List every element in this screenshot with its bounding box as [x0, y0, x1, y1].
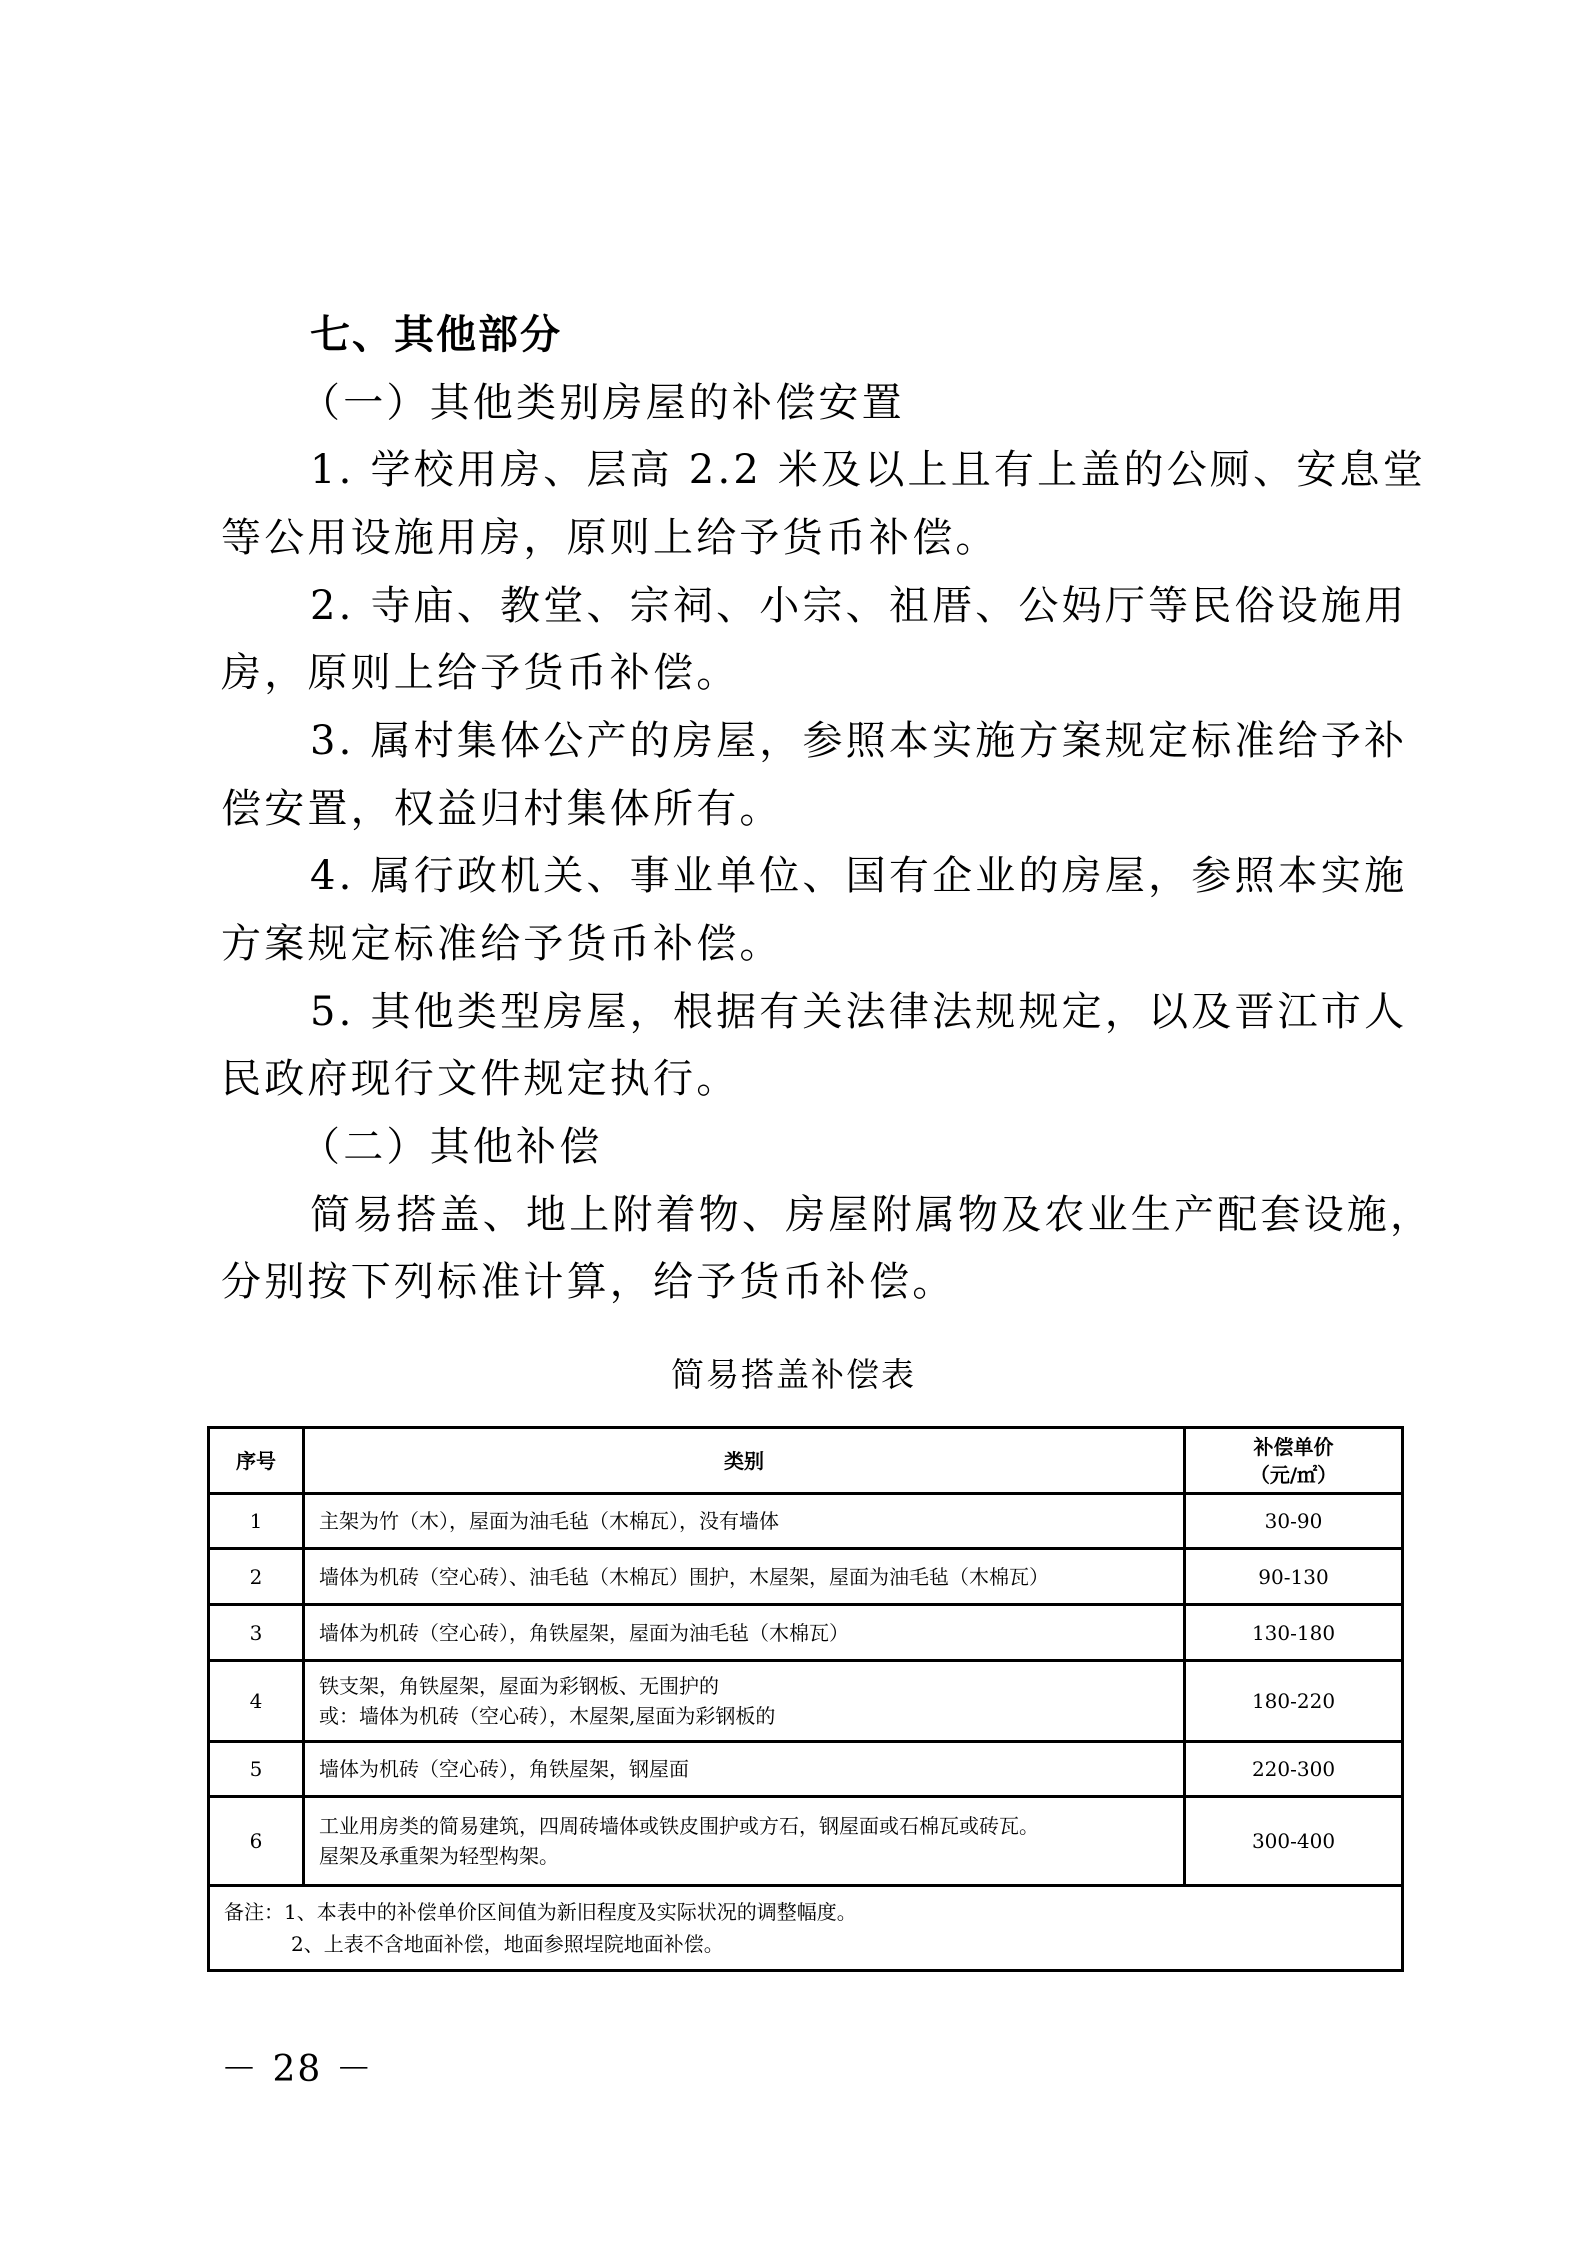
row-price: 90-130	[1185, 1549, 1403, 1605]
row-no: 2	[209, 1549, 304, 1605]
note-line-1: 备注：1、本表中的补偿单价区间值为新旧程度及实际状况的调整幅度。	[224, 1896, 1401, 1928]
header-price-line-2: （元/㎡）	[1186, 1461, 1401, 1489]
row-desc: 工业用房类的简易建筑，四周砖墙体或铁皮围护或方石，钢屋面或石棉瓦或砖瓦。 屋架及…	[304, 1797, 1185, 1886]
row-price: 180-220	[1185, 1661, 1403, 1742]
document-page: 七、其他部分 （一）其他类别房屋的补偿安置 1. 学校用房、层高 2.2 米及以…	[0, 0, 1587, 2245]
header-price-line-1: 补偿单价	[1186, 1433, 1401, 1461]
row-desc: 墙体为机砖（空心砖）、油毛毡（木棉瓦）围护，木屋架，屋面为油毛毡（木棉瓦）	[304, 1549, 1185, 1605]
item-5-line-2: 民政府现行文件规定执行。	[221, 1054, 1391, 1104]
page-number: － 28 －	[221, 2050, 374, 2090]
table-row: 4 铁支架，角铁屋架，屋面为彩钢板、无围护的 或：墙体为机砖（空心砖），木屋架,…	[209, 1661, 1403, 1742]
compensation-table: 序号 类别 补偿单价 （元/㎡） 1 主架为竹（木），屋面为油毛毡（木棉瓦），没…	[207, 1426, 1404, 1972]
row-price: 130-180	[1185, 1605, 1403, 1661]
header-price: 补偿单价 （元/㎡）	[1185, 1428, 1403, 1494]
row-desc: 墙体为机砖（空心砖），角铁屋架，屋面为油毛毡（木棉瓦）	[304, 1605, 1185, 1661]
table-row: 1 主架为竹（木），屋面为油毛毡（木棉瓦），没有墙体 30-90	[209, 1494, 1403, 1549]
table-notes: 备注：1、本表中的补偿单价区间值为新旧程度及实际状况的调整幅度。 2、上表不含地…	[209, 1886, 1403, 1971]
row-no: 1	[209, 1494, 304, 1549]
table-row: 5 墙体为机砖（空心砖），角铁屋架，钢屋面 220-300	[209, 1742, 1403, 1797]
item-1-line-1: 1. 学校用房、层高 2.2 米及以上且有上盖的公厕、安息堂	[310, 445, 1391, 495]
row-no: 3	[209, 1605, 304, 1661]
subsection-1-title: （一）其他类别房屋的补偿安置	[300, 378, 1381, 428]
item-2-line-2: 房，原则上给予货币补偿。	[221, 648, 1391, 698]
table-header-row: 序号 类别 补偿单价 （元/㎡）	[209, 1428, 1403, 1494]
row-desc-line: 或：墙体为机砖（空心砖），木屋架,屋面为彩钢板的	[319, 1701, 1183, 1731]
row-desc-line: 墙体为机砖（空心砖），角铁屋架，屋面为油毛毡（木棉瓦）	[319, 1618, 1183, 1648]
item-1-line-2: 等公用设施用房，原则上给予货币补偿。	[221, 513, 1391, 563]
header-no: 序号	[209, 1428, 304, 1494]
item-3-line-2: 偿安置，权益归村集体所有。	[221, 784, 1391, 834]
row-desc: 墙体为机砖（空心砖），角铁屋架，钢屋面	[304, 1742, 1185, 1797]
row-desc-line: 墙体为机砖（空心砖）、油毛毡（木棉瓦）围护，木屋架，屋面为油毛毡（木棉瓦）	[319, 1562, 1183, 1592]
row-price: 300-400	[1185, 1797, 1403, 1886]
row-desc-line: 铁支架，角铁屋架，屋面为彩钢板、无围护的	[319, 1671, 1183, 1701]
row-no: 4	[209, 1661, 304, 1742]
row-desc-line: 主架为竹（木），屋面为油毛毡（木棉瓦），没有墙体	[319, 1506, 1183, 1536]
table-row: 2 墙体为机砖（空心砖）、油毛毡（木棉瓦）围护，木屋架，屋面为油毛毡（木棉瓦） …	[209, 1549, 1403, 1605]
item-3-line-1: 3. 属村集体公产的房屋，参照本实施方案规定标准给予补	[310, 716, 1391, 766]
row-price: 220-300	[1185, 1742, 1403, 1797]
table-caption: 简易搭盖补偿表	[0, 1353, 1587, 1397]
section-heading: 七、其他部分	[310, 310, 1391, 360]
table-row: 6 工业用房类的简易建筑，四周砖墙体或铁皮围护或方石，钢屋面或石棉瓦或砖瓦。 屋…	[209, 1797, 1403, 1886]
note-line-2: 2、上表不含地面补偿，地面参照埕院地面补偿。	[224, 1928, 1401, 1960]
paragraph-line-2: 分别按下列标准计算，给予货币补偿。	[221, 1257, 1391, 1307]
header-category: 类别	[304, 1428, 1185, 1494]
row-desc-line: 墙体为机砖（空心砖），角铁屋架，钢屋面	[319, 1754, 1183, 1784]
subsection-2-title: （二）其他补偿	[300, 1122, 1381, 1172]
table-notes-row: 备注：1、本表中的补偿单价区间值为新旧程度及实际状况的调整幅度。 2、上表不含地…	[209, 1886, 1403, 1971]
row-desc-line: 屋架及承重架为轻型构架。	[319, 1841, 1183, 1871]
table-row: 3 墙体为机砖（空心砖），角铁屋架，屋面为油毛毡（木棉瓦） 130-180	[209, 1605, 1403, 1661]
item-2-line-1: 2. 寺庙、教堂、宗祠、小宗、祖厝、公妈厅等民俗设施用	[310, 581, 1391, 631]
row-desc-line: 工业用房类的简易建筑，四周砖墙体或铁皮围护或方石，钢屋面或石棉瓦或砖瓦。	[319, 1811, 1183, 1841]
item-4-line-1: 4. 属行政机关、事业单位、国有企业的房屋，参照本实施	[310, 851, 1391, 901]
row-desc: 铁支架，角铁屋架，屋面为彩钢板、无围护的 或：墙体为机砖（空心砖），木屋架,屋面…	[304, 1661, 1185, 1742]
row-no: 5	[209, 1742, 304, 1797]
item-4-line-2: 方案规定标准给予货币补偿。	[221, 919, 1391, 969]
paragraph-line-1: 简易搭盖、地上附着物、房屋附属物及农业生产配套设施，	[310, 1190, 1391, 1240]
row-desc: 主架为竹（木），屋面为油毛毡（木棉瓦），没有墙体	[304, 1494, 1185, 1549]
row-price: 30-90	[1185, 1494, 1403, 1549]
row-no: 6	[209, 1797, 304, 1886]
item-5-line-1: 5. 其他类型房屋，根据有关法律法规规定，以及晋江市人	[310, 987, 1391, 1037]
